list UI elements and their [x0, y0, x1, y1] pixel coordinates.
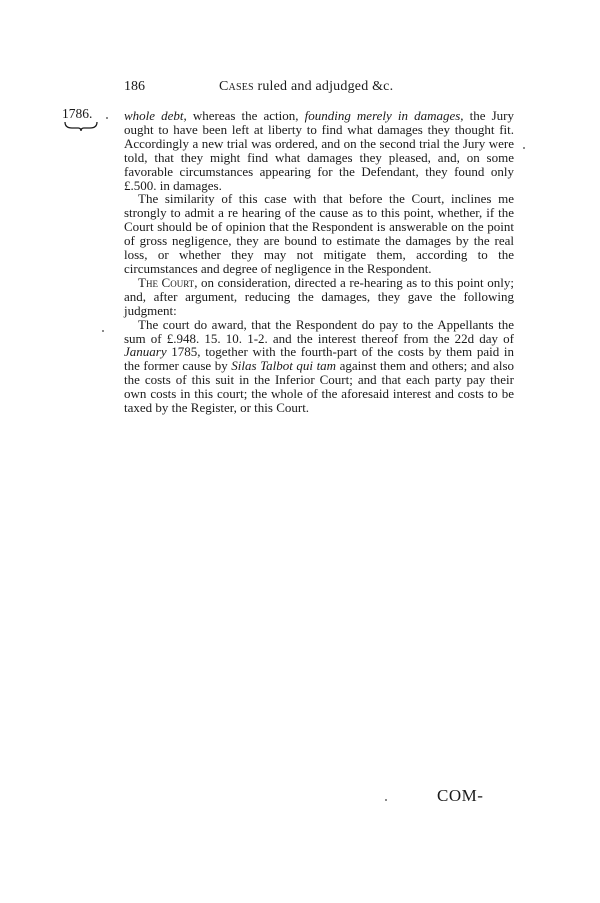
- text-run: The court do award, that the Respondent …: [124, 317, 514, 346]
- ink-speck: [523, 147, 525, 149]
- italic-text: Silas Talbot qui tam: [231, 358, 336, 373]
- body-text: whole debt, whereas the action, founding…: [124, 109, 514, 415]
- italic-text: whole debt,: [124, 108, 187, 123]
- page-number: 186: [124, 79, 145, 95]
- smallcaps-text: The Court: [138, 275, 194, 290]
- text-run: The similarity of this case with that be…: [124, 191, 514, 276]
- margin-year: 1786.: [62, 107, 92, 121]
- margin-brace-icon: [64, 121, 98, 131]
- paragraph: The similarity of this case with that be…: [124, 192, 514, 275]
- text-run: whereas the action,: [187, 108, 305, 123]
- ink-speck: [385, 799, 387, 801]
- ink-speck: [102, 330, 104, 332]
- catchword: COM-: [437, 786, 483, 806]
- paragraph: The Court, on consideration, directed a …: [124, 276, 514, 318]
- italic-text: founding merely in damages,: [305, 108, 464, 123]
- italic-text: January: [124, 344, 167, 359]
- running-head: Cases ruled and adjudged &c.: [219, 79, 393, 95]
- paragraph: whole debt, whereas the action, founding…: [124, 109, 514, 192]
- ink-speck: [106, 117, 108, 119]
- paragraph: The court do award, that the Respondent …: [124, 318, 514, 415]
- running-head-smallcaps: Cases: [219, 79, 254, 94]
- running-head-rest: ruled and adjudged &c.: [254, 79, 394, 94]
- document-page: 186 Cases ruled and adjudged &c. 1786. w…: [0, 0, 600, 903]
